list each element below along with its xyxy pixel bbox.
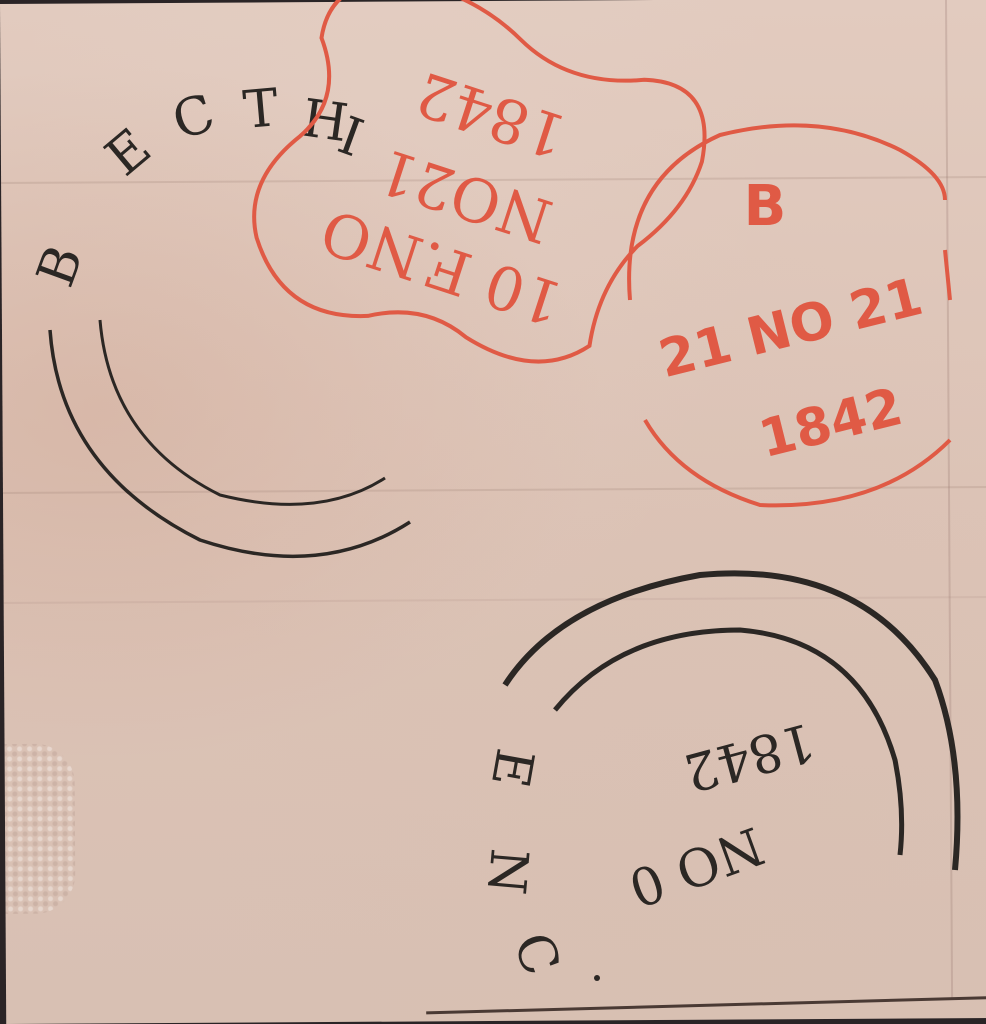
svg-text:C: C [165,83,221,152]
svg-text:E: E [95,118,163,188]
svg-text:1842: 1842 [753,377,908,470]
svg-text:B: B [744,174,787,239]
svg-text:C: C [501,925,571,983]
svg-text:N: N [475,846,539,897]
svg-text:1842: 1842 [678,710,821,802]
svg-text:E: E [479,744,545,792]
svg-text:B: B [26,238,95,294]
red-crowned-framed-datestamp: 10 F.NO NO21 1842 [229,0,727,408]
red-circular-datestamp: B 21 NO 21 1842 [629,125,950,505]
svg-text:NO 0: NO 0 [621,814,771,917]
svg-text:21 NO 21: 21 NO 21 [653,267,928,390]
postmarks-layer: B E C T H I 10 F.NO NO21 1842 B 21 NO 21… [0,0,986,1024]
svg-text:T: T [241,78,281,141]
black-double-arc-datestamp: 1842 NO 0 E N C [475,573,957,983]
